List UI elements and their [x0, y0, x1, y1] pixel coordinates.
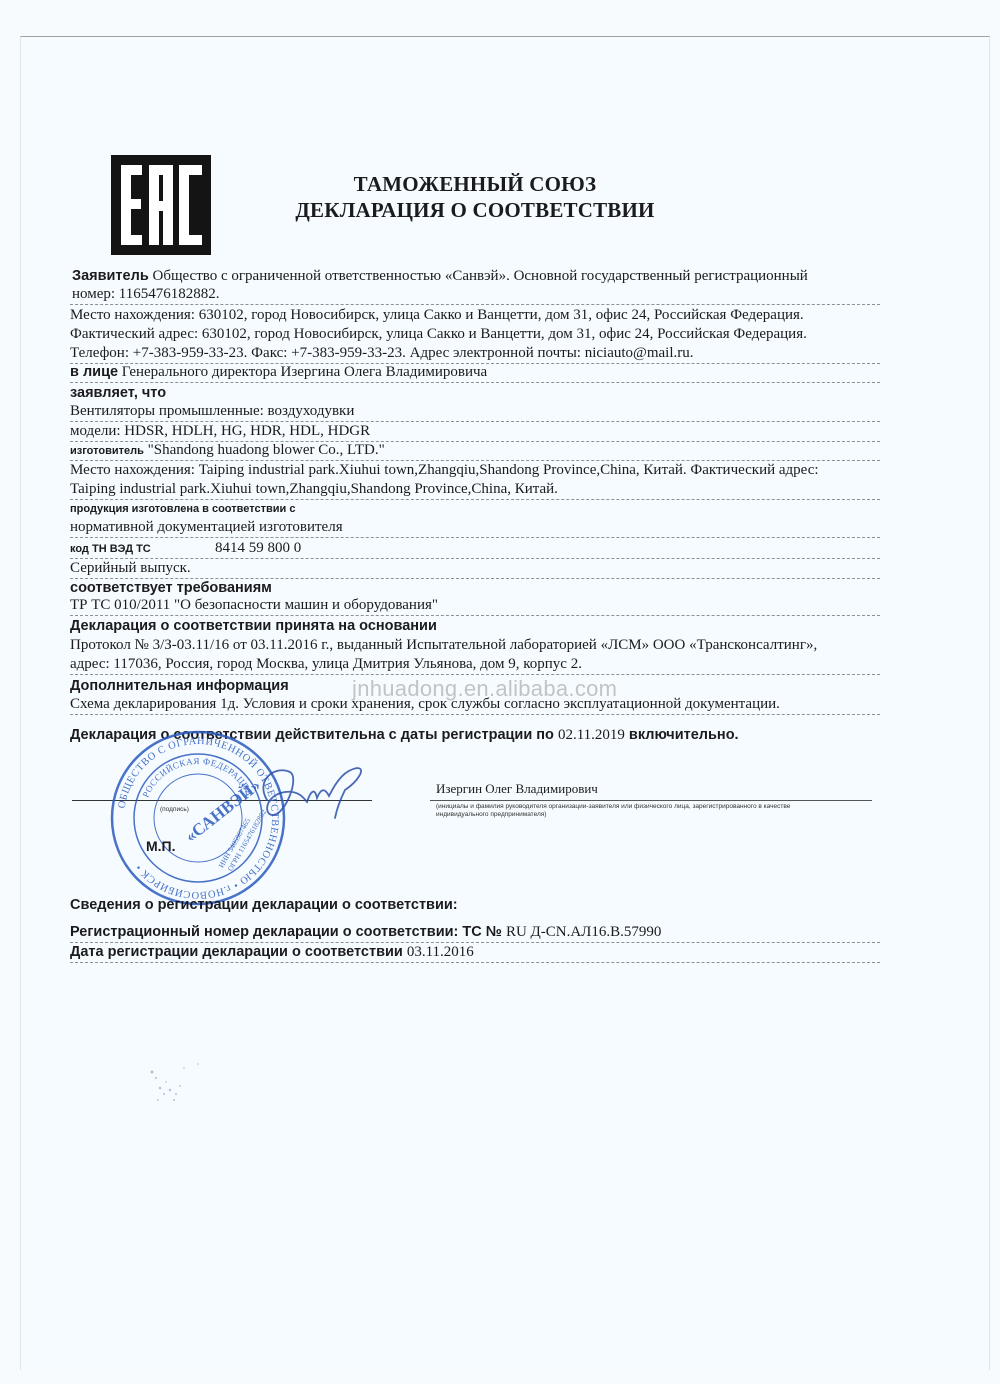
divider — [70, 460, 880, 461]
signer-name: Изергин Олег Владимирович — [436, 781, 598, 797]
registration-date-label: Дата регистрации декларации о соответств… — [70, 944, 407, 960]
watermark: jnhuadong.en.alibaba.com — [352, 676, 617, 702]
signer-caption-1: (инициалы и фамилия руководителя организ… — [436, 803, 790, 810]
applicant-reg-number: номер: 1165476182882. — [72, 286, 220, 303]
produced-text: нормативной документацией изготовителя — [70, 519, 343, 536]
title-declaration: ДЕКЛАРАЦИЯ О СООТВЕТСТВИИ — [250, 198, 700, 223]
applicant-contacts: Телефон: +7-383-959-33-23. Факс: +7-383-… — [70, 345, 694, 362]
manufacturer-location-1: Место нахождения: Taiping industrial par… — [70, 462, 819, 479]
divider — [70, 382, 880, 383]
scan-artifact — [140, 1060, 220, 1120]
registration-date-value: 03.11.2016 — [407, 944, 474, 960]
signer-name-line — [430, 800, 872, 801]
divider — [70, 674, 880, 675]
divider — [70, 942, 880, 943]
basis-label: Декларация о соответствии принята на осн… — [70, 618, 437, 634]
hs-code-label: код ТН ВЭД ТС — [70, 543, 151, 555]
registration-date-line: Дата регистрации декларации о соответств… — [70, 944, 474, 961]
title-customs-union: ТАМОЖЕННЫЙ СОЮЗ — [250, 172, 700, 197]
represented-by-line: в лице Генерального директора Изергина О… — [70, 364, 487, 381]
divider — [70, 499, 880, 500]
registration-number-label: Регистрационный номер декларации о соотв… — [70, 924, 506, 940]
requirements-text: ТР ТС 010/2011 "О безопасности машин и о… — [70, 597, 438, 614]
divider — [70, 962, 880, 963]
registration-number-line: Регистрационный номер декларации о соотв… — [70, 924, 661, 941]
divider — [70, 615, 880, 616]
divider — [70, 421, 880, 422]
manufacturer-name: "Shandong huadong blower Co., LTD." — [144, 442, 385, 458]
applicant-actual-address: Фактический адрес: 630102, город Новосиб… — [70, 326, 807, 343]
product-models: модели: HDSR, HDLH, HG, HDR, HDL, HDGR — [70, 423, 370, 440]
declares-label: заявляет, что — [70, 385, 166, 401]
registration-number-value: RU Д-CN.АЛ16.В.57990 — [506, 924, 661, 940]
seal-label: М.П. — [146, 838, 176, 854]
additional-label: Дополнительная информация — [70, 678, 289, 694]
hs-code-value: 8414 59 800 0 — [215, 540, 301, 557]
produced-label: продукция изготовлена в соответствии с — [70, 503, 295, 515]
registration-heading: Сведения о регистрации декларации о соот… — [70, 897, 458, 913]
manufacturer-label: изготовитель — [70, 445, 144, 457]
represented-by-label: в лице — [70, 364, 118, 380]
represented-by-text: Генерального директора Изергина Олега Вл… — [118, 364, 487, 380]
divider — [70, 558, 880, 559]
release-type: Серийный выпуск. — [70, 560, 191, 577]
divider — [70, 578, 880, 579]
applicant-text: Общество с ограниченной ответственностью… — [149, 268, 808, 284]
divider — [70, 304, 880, 305]
divider — [70, 537, 880, 538]
basis-line-2: адрес: 117036, Россия, город Москва, ули… — [70, 656, 582, 673]
signature-icon — [245, 760, 375, 830]
product-name: Вентиляторы промышленные: воздуходувки — [70, 403, 354, 420]
manufacturer-line: изготовитель "Shandong huadong blower Co… — [70, 442, 385, 459]
eac-logo-icon — [111, 155, 211, 255]
applicant-location: Место нахождения: 630102, город Новосиби… — [70, 307, 804, 324]
signer-caption-2: индивидуального предпринимателя) — [436, 811, 546, 818]
manufacturer-location-2: Taiping industrial park.Xiuhui town,Zhan… — [70, 481, 558, 498]
applicant-line: Заявитель Общество с ограниченной ответс… — [72, 268, 808, 285]
validity-date: 02.11.2019 — [558, 727, 625, 743]
applicant-label: Заявитель — [72, 268, 149, 284]
validity-suffix: включительно. — [625, 727, 739, 743]
requirements-label: соответствует требованиям — [70, 580, 272, 596]
divider — [70, 714, 880, 715]
basis-line-1: Протокол № 3/З-03.11/16 от 03.11.2016 г.… — [70, 637, 817, 654]
